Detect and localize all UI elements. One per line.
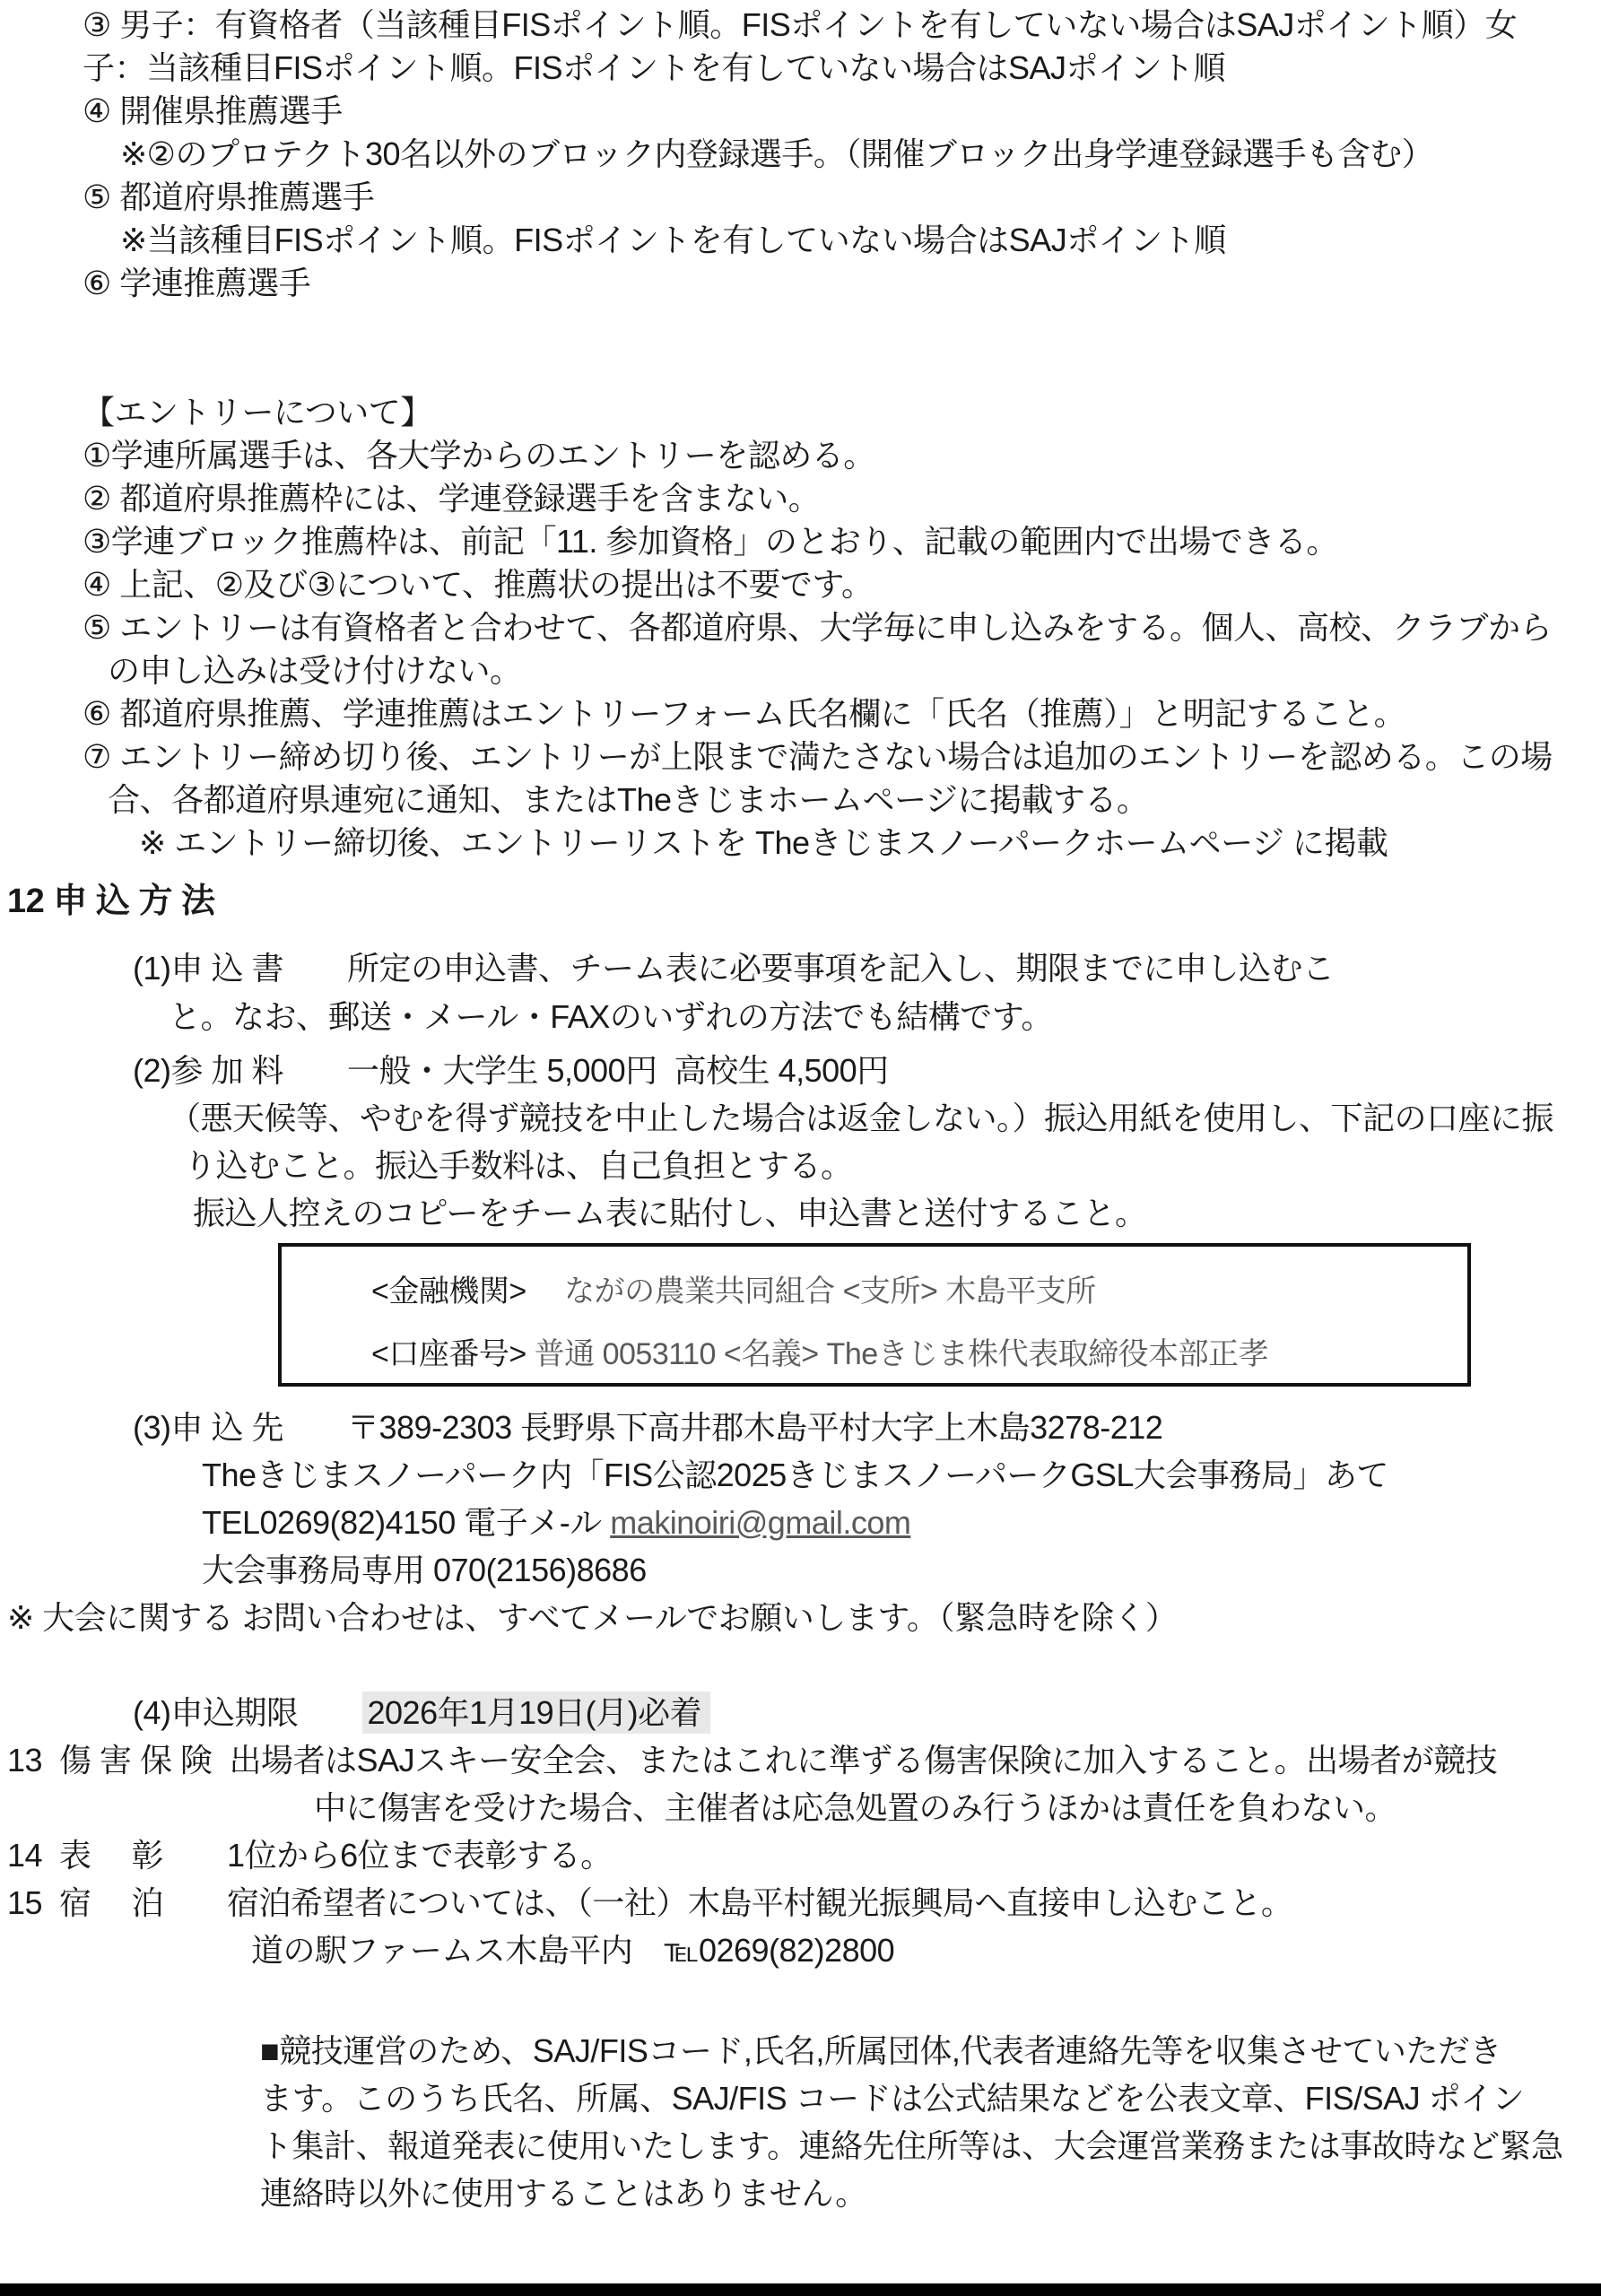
document-page: ③ 男子：有資格者（当該種目FISポイント順。FISポイントを有していない場合は… xyxy=(0,0,1601,2296)
section12-heading: 12 申 込 方 法 xyxy=(7,882,215,923)
page-bottom-edge xyxy=(0,2283,1601,2296)
entry-heading: 【エントリーについて】 xyxy=(83,393,432,431)
entry-item5-line2: の申し込みは受け付けない。 xyxy=(108,651,522,690)
section12-fee-line3: り込むこと。振込手数料は、自己負担とする。 xyxy=(184,1146,853,1185)
entry-item6: ⑥ 都道府県推薦、学連推薦はエントリーフォーム氏名欄に「氏名（推薦）」と明記する… xyxy=(83,694,1405,733)
privacy-line2: ます。このうち氏名、所属、SAJ/FIS コードは公式結果などを公表文章、FIS… xyxy=(260,2079,1524,2118)
spacer xyxy=(526,1337,535,1371)
entry-item2: ② 都道府県推薦枠には、学連登録選手を含まない。 xyxy=(83,479,820,517)
spacer xyxy=(299,1694,362,1731)
section12-office-phone-line: 大会事務局専用 070(2156)8686 xyxy=(202,1551,647,1589)
bank-account-value: 普通 0053110 <名義> Theきじま株代表取締役本部正孝 xyxy=(535,1337,1268,1371)
entry-note: ※ エントリー締切後、エントリーリストを Theきじまスノーパークホームページ … xyxy=(139,823,1388,862)
section12-application-form-line2: と。なお、郵送・メール・FAXのいずれの方法でも結構です。 xyxy=(169,997,1053,1036)
entry-item4: ④ 上記、②及び③について、推薦状の提出は不要です。 xyxy=(83,565,874,604)
privacy-line1: ■競技運営のため、SAJ/FISコード,氏名,所属団体,代表者連絡先等を収集させ… xyxy=(260,2031,1501,2070)
tel-and-email-label: TEL0269(82)4150 電子メ-ル xyxy=(202,1504,610,1541)
section12-fee-line1: (2)参 加 料 一般・大学生 5,000円 高校生 4,500円 xyxy=(133,1051,889,1090)
bank-institution-value: ながの農業共同組合 <支所> 木島平支所 xyxy=(564,1274,1096,1309)
entry-item1: ①学連所属選手は、各大学からのエントリーを認める。 xyxy=(83,436,875,474)
section13-line2: 中に傷害を受けた場合、主催者は応急処置のみ行うほかは責任を負わない。 xyxy=(314,1788,1397,1827)
bank-account-row: <口座番号> 普通 0053110 <名義> Theきじま株代表取締役本部正孝 xyxy=(371,1329,1268,1373)
spacer xyxy=(526,1274,564,1309)
section12-fee-line4: 振込人控えのコピーをチーム表に貼付し、申込書と送付すること。 xyxy=(193,1194,1147,1232)
qualification-item6: ⑥ 学連推薦選手 xyxy=(83,264,310,302)
section12-fee-line2: （悪天候等、やむを得ず競技を中止した場合は返金しない。）振込用紙を使用し、下記の… xyxy=(169,1099,1553,1137)
deadline-label: (4)申込期限 xyxy=(133,1694,299,1731)
qualification-item5-note: ※当該種目FISポイント順。FISポイントを有していない場合はSAJポイント順 xyxy=(120,221,1226,259)
section13-line1: 13 傷 害 保 険 出場者はSAJスキー安全会、またはこれに準ずる傷害保険に加… xyxy=(7,1741,1497,1779)
bank-institution-label: <金融機関> xyxy=(371,1274,526,1309)
contact-note: ※ 大会に関する お問い合わせは、すべてメールでお願いします。（緊急時を除く） xyxy=(7,1598,1177,1637)
qualification-item3-line2: 子：当該種目FISポイント順。FISポイントを有していない場合はSAJポイント順 xyxy=(83,48,1225,87)
section14-line1: 14 表 彰 1位から6位まで表彰する。 xyxy=(7,1836,613,1874)
bank-institution-row: <金融機関> ながの農業共同組合 <支所> 木島平支所 xyxy=(371,1266,1096,1310)
section15-line1: 15 宿 泊 宿泊希望者については、（一社）木島平村観光振興局へ直接申し込むこと… xyxy=(7,1883,1292,1922)
entry-item7-line1: ⑦ エントリー締め切り後、エントリーが上限まで満たさない場合は追加のエントリーを… xyxy=(83,737,1553,776)
bank-account-box: <金融機関> ながの農業共同組合 <支所> 木島平支所 <口座番号> 普通 00… xyxy=(278,1243,1471,1387)
privacy-line4: 連絡時以外に使用することはありません。 xyxy=(260,2174,867,2213)
email-link[interactable]: makinoiri@gmail.com xyxy=(610,1504,910,1541)
qualification-item4: ④ 開催県推薦選手 xyxy=(83,91,343,130)
section15-line2: 道の駅ファームス木島平内 ℡0269(82)2800 xyxy=(251,1931,894,1970)
section12-contact-line: TEL0269(82)4150 電子メ-ル makinoiri@gmail.co… xyxy=(202,1503,910,1542)
qualification-item5: ⑤ 都道府県推薦選手 xyxy=(83,178,374,216)
entry-item7-line2: 合、各都道府県連宛に通知、またはTheきじまホームページに掲載する。 xyxy=(108,780,1148,819)
deadline-date: 2026年1月19日(月)必着 xyxy=(362,1692,711,1734)
section12-address-line1: (3)申 込 先 〒389-2303 長野県下高井郡木島平村大字上木島3278-… xyxy=(133,1408,1162,1447)
entry-item3: ③学連ブロック推薦枠は、前記「11. 参加資格」のとおり、記載の範囲内で出場でき… xyxy=(83,522,1338,561)
section12-application-form-line1: (1)申 込 書 所定の申込書、チーム表に必要事項を記入し、期限までに申し込むこ xyxy=(133,949,1335,987)
qualification-item3-line1: ③ 男子：有資格者（当該種目FISポイント順。FISポイントを有していない場合は… xyxy=(83,5,1517,44)
privacy-line3: ト集計、報道発表に使用いたします。連絡先住所等は、大会運営業務または事故時など緊… xyxy=(260,2126,1563,2165)
entry-item5-line1: ⑤ エントリーは有資格者と合わせて、各都道府県、大学毎に申し込みをする。個人、高… xyxy=(83,608,1552,647)
section12-deadline-line: (4)申込期限 2026年1月19日(月)必着 xyxy=(133,1693,710,1732)
bank-account-label: <口座番号> xyxy=(371,1337,526,1371)
qualification-item4-note: ※②のプロテクト30名以外のブロック内登録選手。（開催ブロック出身学連登録選手も… xyxy=(120,135,1433,173)
section12-address-line2: Theきじまスノーパーク内「FIS公認2025きじまスノーパークGSL大会事務局… xyxy=(202,1456,1388,1494)
